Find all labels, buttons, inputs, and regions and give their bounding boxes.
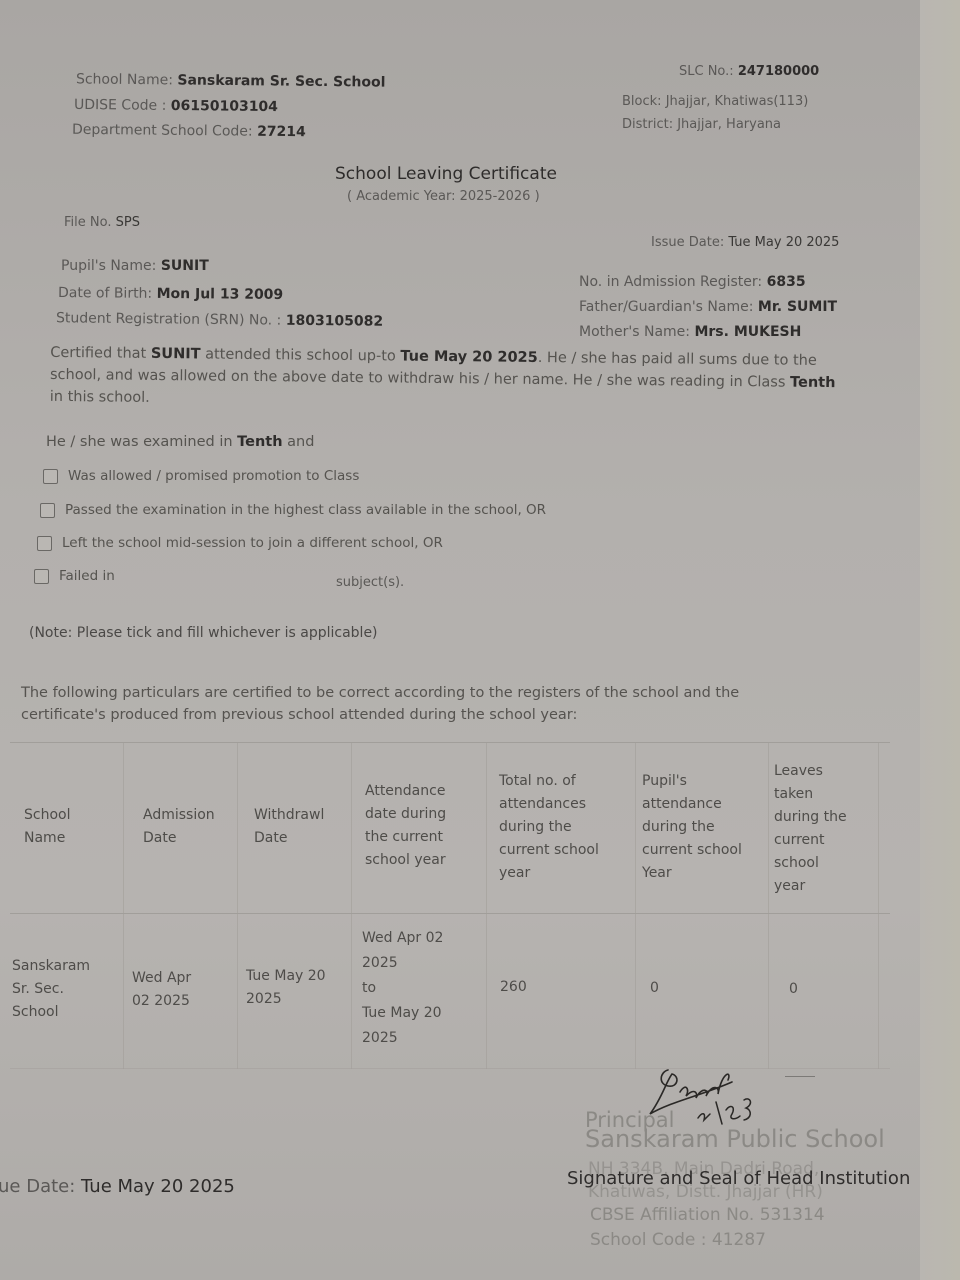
- academic-year: ( Academic Year: 2025-2026 ): [347, 189, 540, 204]
- particulars-paragraph: The following particulars are certified …: [21, 682, 811, 726]
- exam-line: He / she was examined in Tenth and: [46, 431, 314, 453]
- cert-class: Tenth: [790, 375, 836, 391]
- father-line: Father/Guardian's Name: Mr. SUMIT: [579, 299, 837, 315]
- issue-date: Tue May 20 2025: [728, 235, 839, 250]
- certification-paragraph: Certified that SUNIT attended this schoo…: [50, 342, 841, 416]
- header-pupil-attendance: Pupil's attendance during the current sc…: [642, 770, 742, 885]
- udise-code: 06150103104: [171, 98, 278, 115]
- exam-text: He / she was examined in: [46, 434, 237, 450]
- stamp-school-code: School Code : 41287: [590, 1228, 766, 1253]
- failed-checkbox[interactable]: [34, 569, 49, 584]
- decorative-mark: [785, 1076, 815, 1077]
- option-passed: Passed the examination in the highest cl…: [40, 502, 546, 518]
- signature-icon: [640, 1062, 770, 1132]
- cert-date: Tue May 20 2025: [400, 349, 538, 366]
- option-label: Was allowed / promised promotion to Clas…: [68, 468, 359, 484]
- issue-date-label: Issue Date:: [651, 235, 724, 250]
- dept-code: 27214: [257, 124, 306, 141]
- row-admission-date: Wed Apr 02 2025: [132, 967, 191, 1013]
- srn-line: Student Registration (SRN) No. : 1803105…: [56, 310, 383, 329]
- option-failed: Failed in: [34, 568, 115, 584]
- option-label: Left the school mid-session to join a di…: [62, 535, 443, 551]
- district-value: Jhajjar, Haryana: [677, 117, 781, 132]
- header-leaves-taken: Leaves taken during the current school y…: [774, 760, 847, 898]
- school-name: Sanskaram Sr. Sec. School: [177, 72, 385, 90]
- dob: Mon Jul 13 2009: [157, 286, 284, 303]
- pupil-name-label: Pupil's Name:: [61, 258, 156, 274]
- passed-checkbox[interactable]: [40, 503, 55, 518]
- pupil-name-line: Pupil's Name: SUNIT: [61, 258, 209, 274]
- udise-label: UDISE Code :: [74, 97, 167, 114]
- cert-text: in this school.: [50, 389, 150, 406]
- background-edge: [920, 0, 960, 1280]
- srn: 1803105082: [286, 313, 384, 330]
- mother-line: Mother's Name: Mrs. MUKESH: [579, 324, 801, 340]
- udise-line: UDISE Code : 06150103104: [74, 97, 278, 115]
- header-total-attendances: Total no. of attendances during the curr…: [499, 770, 599, 885]
- admission-label: No. in Admission Register:: [579, 274, 762, 290]
- row-withdrawl-date: Tue May 20 2025: [246, 965, 326, 1011]
- district-line: District: Jhajjar, Haryana: [622, 117, 781, 132]
- option-promotion: Was allowed / promised promotion to Clas…: [43, 468, 359, 484]
- failed-subjects-suffix: subject(s).: [336, 575, 404, 590]
- cert-pupil-name: SUNIT: [151, 346, 201, 363]
- row-attendance-dates: Wed Apr 02 2025 to Tue May 20 2025: [362, 926, 443, 1051]
- footer-issue-date-label: ue Date:: [0, 1176, 75, 1197]
- file-no-line: File No. SPS: [64, 215, 140, 230]
- option-label: Passed the examination in the highest cl…: [65, 502, 546, 518]
- row-school-name: Sanskaram Sr. Sec. School: [12, 955, 90, 1024]
- cert-text: Certified that: [50, 345, 151, 362]
- row-total-attendances: 260: [500, 976, 527, 999]
- attendance-table: School Name Admission Date Withdrawl Dat…: [10, 742, 890, 1069]
- block-value: Jhajjar, Khatiwas(113): [666, 94, 809, 109]
- dob-line: Date of Birth: Mon Jul 13 2009: [58, 285, 283, 303]
- option-label: Failed in: [59, 568, 115, 584]
- admission-line: No. in Admission Register: 6835: [579, 274, 806, 290]
- promotion-checkbox[interactable]: [43, 469, 58, 484]
- header-admission-date: Admission Date: [143, 804, 215, 850]
- slc-label: SLC No.:: [679, 64, 734, 79]
- admission-no: 6835: [767, 274, 806, 290]
- footer-issue-date: ue Date: Tue May 20 2025: [0, 1176, 235, 1197]
- pupil-name: SUNIT: [161, 258, 209, 274]
- mother-label: Mother's Name:: [579, 324, 690, 340]
- block-line: Block: Jhajjar, Khatiwas(113): [622, 94, 808, 109]
- file-no: SPS: [116, 215, 140, 230]
- mother-name: Mrs. MUKESH: [694, 324, 801, 340]
- block-label: Block:: [622, 94, 662, 109]
- dob-label: Date of Birth:: [58, 285, 152, 302]
- stamp-affiliation: CBSE Affiliation No. 531314: [590, 1203, 825, 1228]
- dept-code-line: Department School Code: 27214: [72, 122, 306, 140]
- file-no-label: File No.: [64, 215, 111, 230]
- certificate-title: School Leaving Certificate: [335, 164, 557, 184]
- father-label: Father/Guardian's Name:: [579, 299, 753, 315]
- left-checkbox[interactable]: [37, 536, 52, 551]
- header-school-name: School Name: [24, 804, 70, 850]
- issue-date-line: Issue Date: Tue May 20 2025: [651, 235, 839, 250]
- signature-label: Signature and Seal of Head Institution: [567, 1168, 910, 1189]
- slc-no: 247180000: [738, 64, 819, 79]
- footer-issue-date-value: Tue May 20 2025: [81, 1176, 235, 1197]
- row-pupil-attendance: 0: [650, 977, 659, 1000]
- option-left: Left the school mid-session to join a di…: [37, 535, 443, 551]
- school-name-line: School Name: Sanskaram Sr. Sec. School: [76, 71, 386, 90]
- dept-code-label: Department School Code:: [72, 122, 253, 140]
- slc-line: SLC No.: 247180000: [679, 64, 819, 79]
- header-withdrawl-date: Withdrawl Date: [254, 804, 324, 850]
- exam-class: Tenth: [237, 434, 282, 450]
- row-leaves-taken: 0: [789, 978, 798, 1001]
- district-label: District:: [622, 117, 673, 132]
- exam-text: and: [283, 434, 315, 450]
- note: (Note: Please tick and fill whichever is…: [29, 625, 378, 641]
- school-name-label: School Name:: [76, 71, 173, 88]
- cert-text: attended this school up-to: [200, 346, 400, 364]
- header-attendance-date: Attendance date during the current schoo…: [365, 780, 446, 872]
- father-name: Mr. SUMIT: [758, 299, 837, 315]
- srn-label: Student Registration (SRN) No. :: [56, 310, 281, 328]
